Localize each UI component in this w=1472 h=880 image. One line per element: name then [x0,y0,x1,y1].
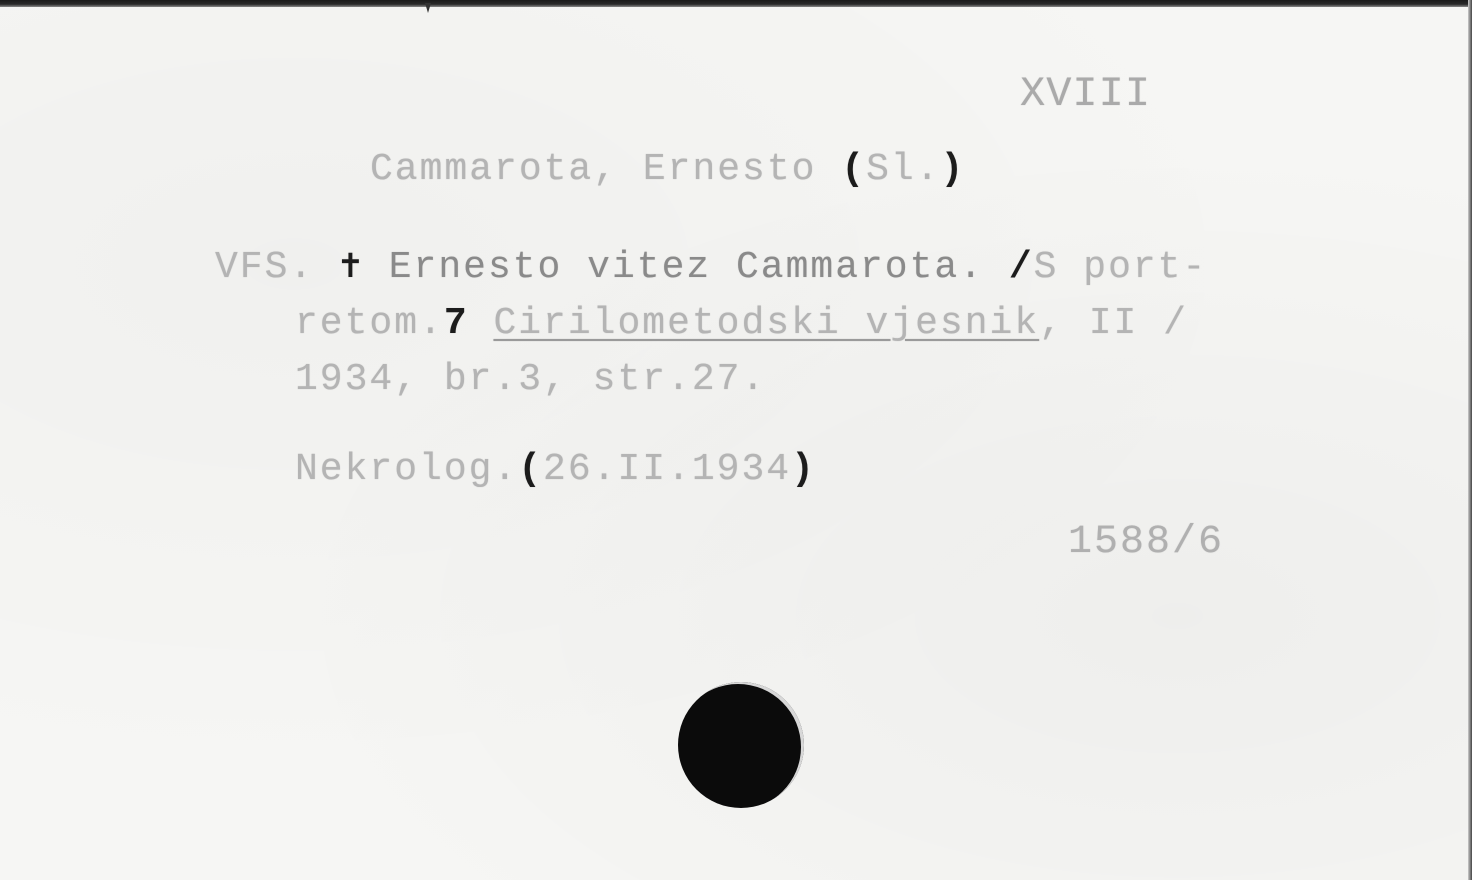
bracket-close: 7 [444,302,469,345]
journal-title: Cirilometodski vjesnik [493,302,1039,345]
punch-hole [678,682,804,808]
catalog-card: XVIII Cammarota, Ernesto (Sl.) VFS. ✝ Er… [0,0,1472,880]
qualifier-close: ) [941,148,966,191]
bracket-note-start: S port- [1034,246,1208,289]
entry-title: Ernesto vitez Cammarota. [389,246,984,289]
source-abbr: VFS. [215,246,314,289]
cross-icon: ✝ [339,246,364,289]
note-line: Nekrolog.(26.II.1934) [295,448,816,491]
journal-volume: , II / [1039,302,1188,345]
bracket-open: / [1009,246,1034,289]
entry-line-2: retom.7 Cirilometodski vjesnik, II / [295,302,1188,345]
call-number: 1588/6 [1068,520,1224,565]
note-date: 26.II.1934 [543,448,791,491]
card-top-edge [0,0,1472,7]
note-label: Nekrolog. [295,448,518,491]
bracket-note-end: retom. [295,302,444,345]
entry-line-1: VFS. ✝ Ernesto vitez Cammarota. /S port- [215,242,1207,289]
date-open: ( [518,448,543,491]
qualifier-open: ( [841,148,866,191]
citation-line: 1934, br.3, str.27. [295,358,766,401]
date-close: ) [791,448,816,491]
author-name: Cammarota, Ernesto [370,148,816,191]
section-number: XVIII [1020,70,1151,118]
heading-line: Cammarota, Ernesto (Sl.) [370,148,965,191]
qualifier: Sl. [866,148,940,191]
card-right-edge [1468,0,1472,880]
